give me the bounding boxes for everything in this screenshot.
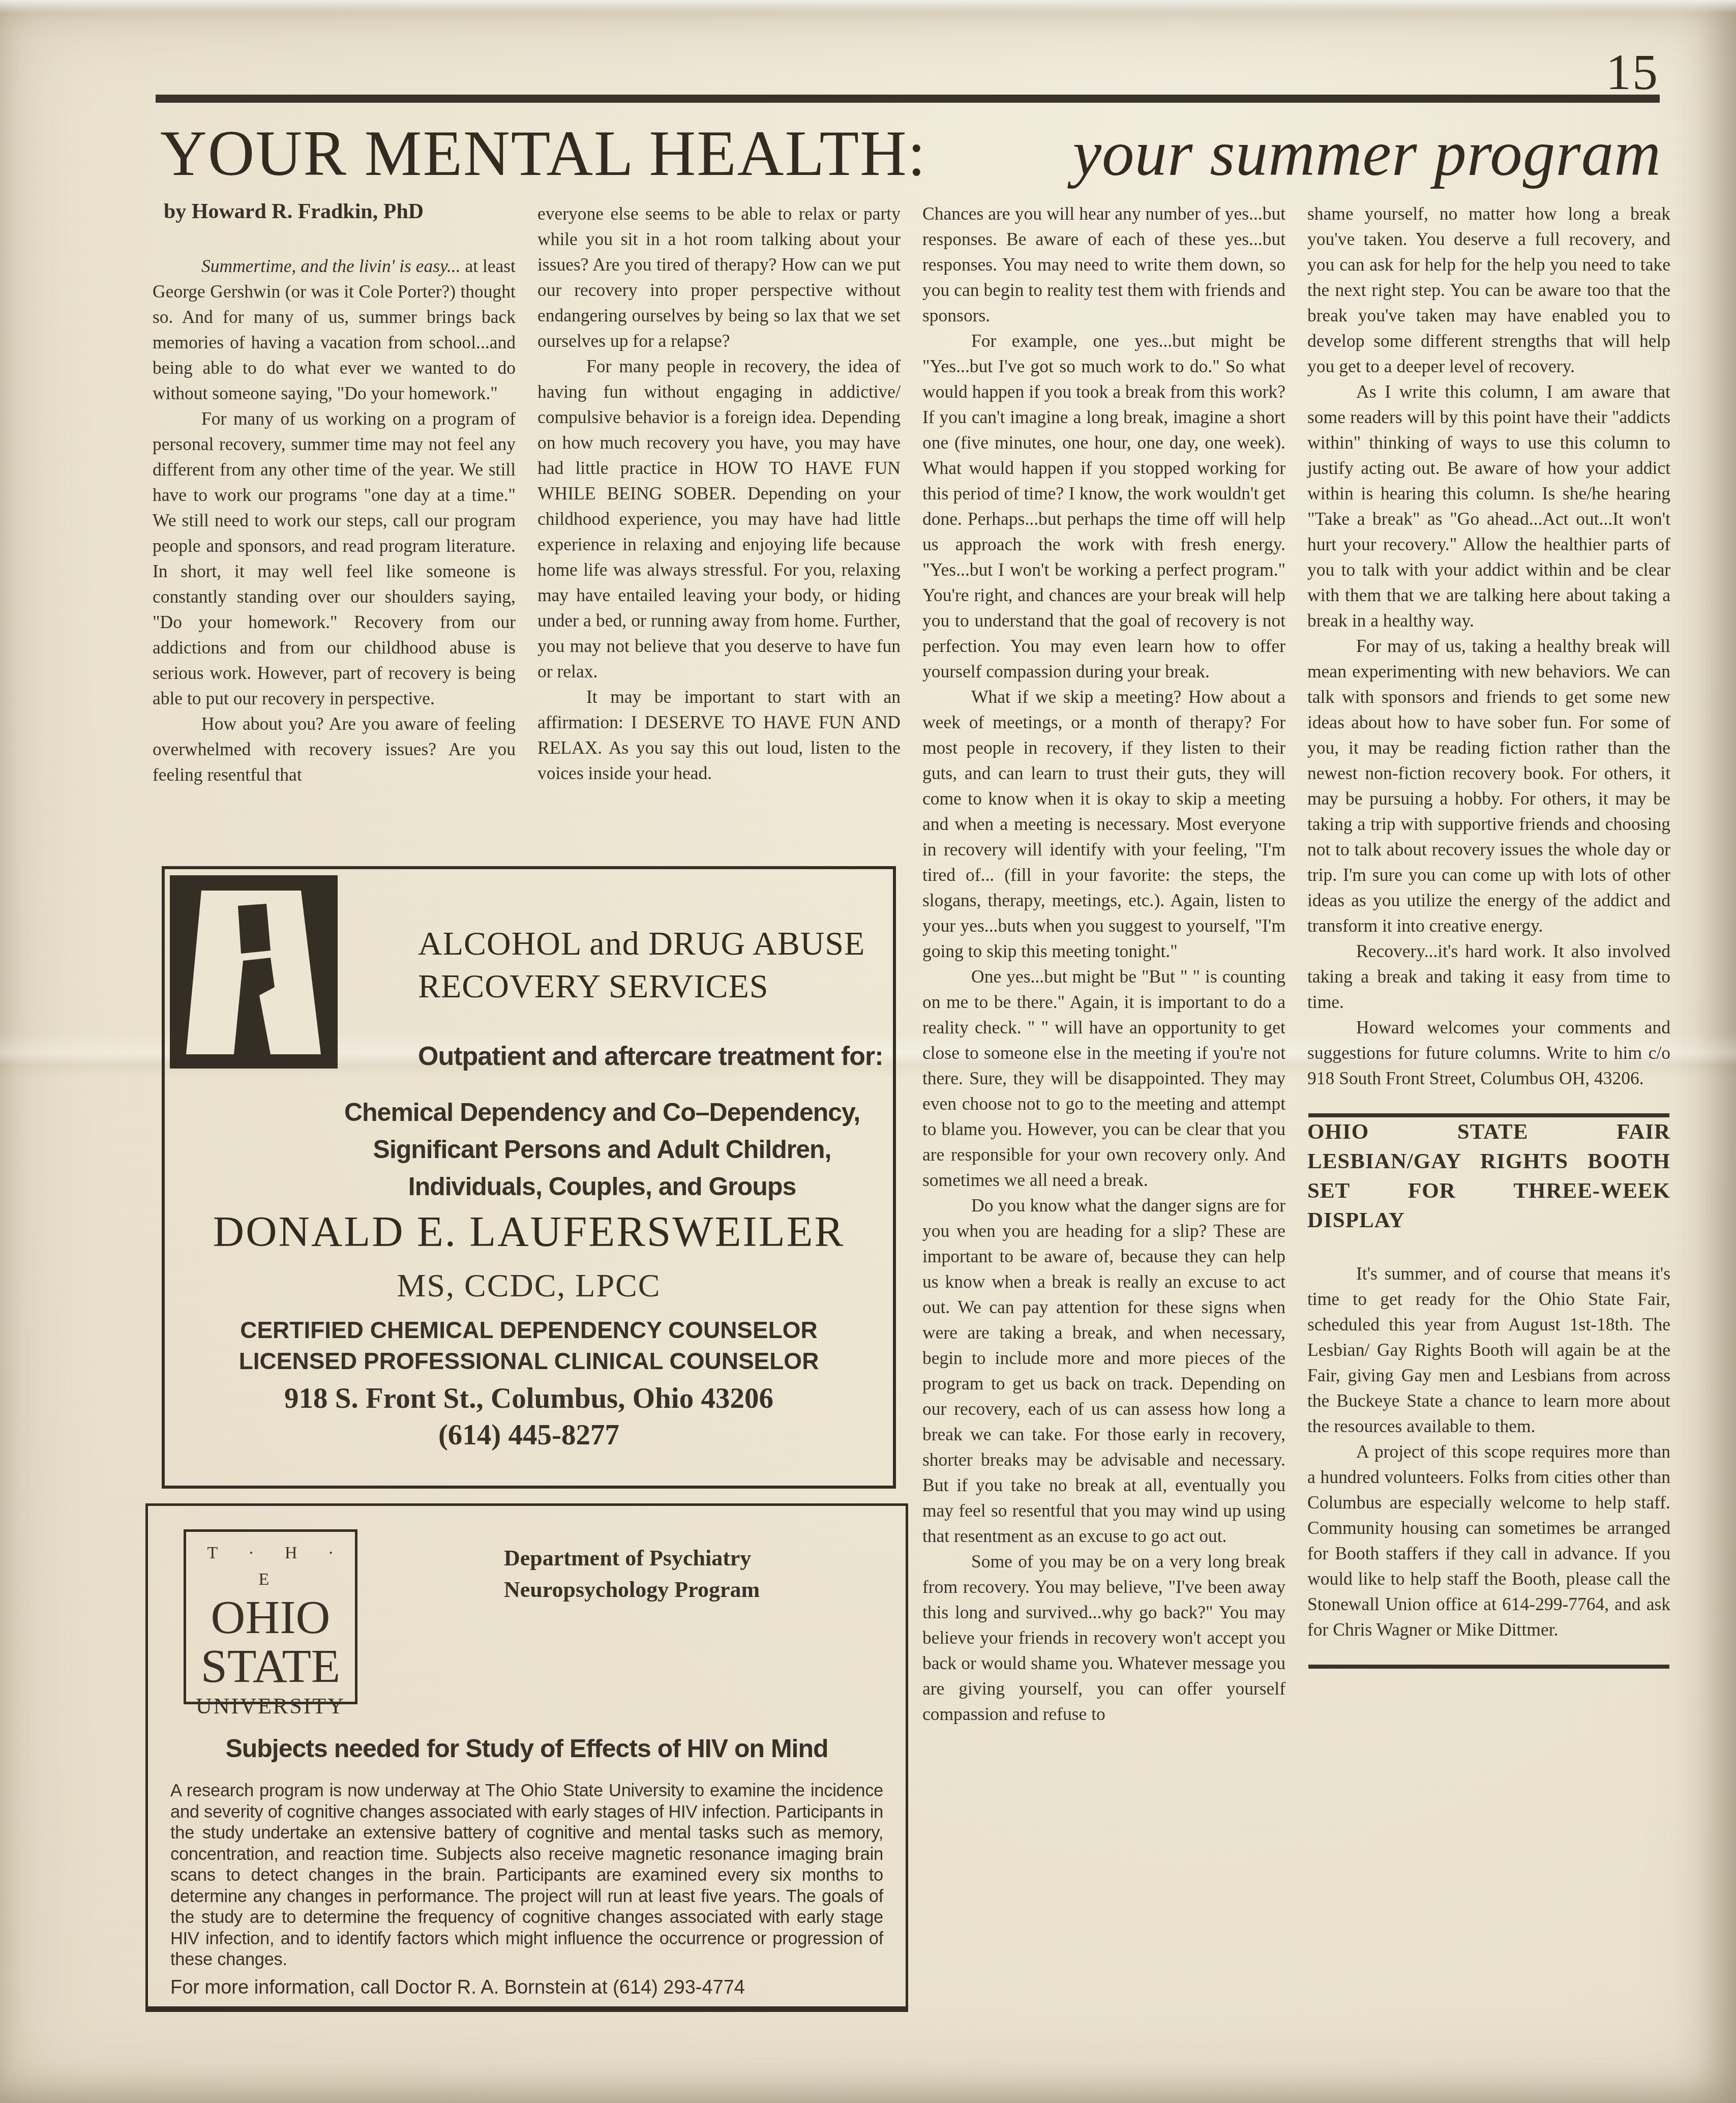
recovery-services-logo-icon bbox=[170, 875, 338, 1069]
ad-service-item: Individuals, Couples, and Groups bbox=[333, 1168, 872, 1205]
byline: by Howard R. Fradkin, PhD bbox=[164, 199, 424, 224]
department-lines: Department of Psychiatry Neuropsychology… bbox=[504, 1543, 760, 1606]
paragraph: One yes...but might be "But " " is count… bbox=[922, 964, 1285, 1193]
counselor-certifications: CERTIFIED CHEMICAL DEPENDENCY COUNSELOR … bbox=[165, 1315, 893, 1377]
study-contact: For more information, call Doctor R. A. … bbox=[170, 1977, 745, 1999]
study-headline: Subjects needed for Study of Effects of … bbox=[148, 1734, 906, 1763]
top-rule bbox=[156, 95, 1660, 103]
paragraph-text: at least George Gershwin (or was it Cole… bbox=[153, 256, 516, 403]
certification-line: LICENSED PROFESSIONAL CLINICAL COUNSELOR bbox=[165, 1346, 893, 1377]
osu-logo-university: UNIVERSITY bbox=[186, 1691, 355, 1722]
headline-roman: YOUR MENTAL HEALTH: bbox=[160, 117, 926, 191]
counselor-name: DONALD E. LAUFERSWEILER bbox=[165, 1207, 893, 1257]
osu-logo-ohio: OHIO bbox=[186, 1593, 355, 1642]
counselor-credentials: MS, CCDC, LPCC bbox=[165, 1267, 893, 1305]
department-line: Department of Psychiatry bbox=[504, 1543, 760, 1574]
paragraph: Chances are you will hear any number of … bbox=[922, 201, 1285, 328]
osu-logo-state: STATE bbox=[186, 1642, 355, 1691]
paragraph: As I write this column, I am aware that … bbox=[1307, 379, 1670, 633]
paragraph: A project of this scope requires more th… bbox=[1307, 1439, 1670, 1642]
ad-subhead: Outpatient and aftercare treatment for: bbox=[418, 1041, 883, 1072]
article-column-4: shame yourself, no matter how long a bre… bbox=[1307, 201, 1670, 1669]
article-column-2: everyone else seems to be able to relax … bbox=[537, 201, 901, 786]
paragraph: everyone else seems to be able to relax … bbox=[537, 201, 901, 353]
paragraph: Recovery...it's hard work. It also invol… bbox=[1307, 938, 1670, 1015]
ad-phone: (614) 445-8277 bbox=[165, 1418, 893, 1452]
page-number: 15 bbox=[1606, 43, 1659, 101]
paragraph: Summertime, and the livin' is easy... at… bbox=[153, 253, 516, 406]
osu-logo: T · H · E OHIO STATE UNIVERSITY bbox=[184, 1529, 357, 1704]
paragraph: For may of us, taking a healthy break wi… bbox=[1307, 633, 1670, 938]
ad-title-line: ALCOHOL and DRUG ABUSE bbox=[418, 923, 865, 965]
section-headline: OHIO STATE FAIR LESBIAN/GAY RIGHTS BOOTH… bbox=[1307, 1117, 1670, 1235]
paragraph: For many people in recovery, the idea of… bbox=[537, 353, 901, 684]
recovery-services-ad: ALCOHOL and DRUG ABUSE RECOVERY SERVICES… bbox=[162, 866, 896, 1489]
ad-service-item: Significant Persons and Adult Children, bbox=[333, 1131, 872, 1168]
ad-title-line: RECOVERY SERVICES bbox=[418, 965, 865, 1008]
department-line: Neuropsychology Program bbox=[504, 1574, 760, 1606]
scan-top-edge bbox=[0, 0, 1736, 13]
paragraph: For many of us working on a program of p… bbox=[153, 406, 516, 711]
paragraph: Do you know what the danger signs are fo… bbox=[922, 1193, 1285, 1549]
osu-logo-the: T · H · E bbox=[186, 1540, 355, 1593]
paragraph: What if we skip a meeting? How about a w… bbox=[922, 684, 1285, 964]
section-divider bbox=[1308, 1113, 1669, 1117]
paragraph: shame yourself, no matter how long a bre… bbox=[1307, 201, 1670, 379]
study-description: A research program is now underway at Th… bbox=[170, 1781, 883, 1971]
paragraph: It's summer, and of course that means it… bbox=[1307, 1261, 1670, 1439]
paragraph: For example, one yes...but might be "Yes… bbox=[922, 328, 1285, 684]
osu-study-ad: T · H · E OHIO STATE UNIVERSITY Departme… bbox=[145, 1503, 908, 2012]
paragraph: It may be important to start with an aff… bbox=[537, 684, 901, 786]
paragraph: Some of you may be on a very long break … bbox=[922, 1549, 1285, 1727]
article-headline: YOUR MENTAL HEALTH: your summer program bbox=[160, 117, 1661, 191]
ad-services-list: Chemical Dependency and Co–Dependency, S… bbox=[333, 1094, 872, 1205]
paragraph: How about you? Are you aware of feeling … bbox=[153, 711, 516, 787]
article-column-1: Summertime, and the livin' is easy... at… bbox=[153, 253, 516, 787]
section-divider bbox=[1308, 1665, 1669, 1669]
ad-service-item: Chemical Dependency and Co–Dependency, bbox=[333, 1094, 872, 1131]
ad-address: 918 S. Front St., Columbus, Ohio 43206 bbox=[165, 1382, 893, 1415]
newspaper-page: 15 YOUR MENTAL HEALTH: your summer progr… bbox=[0, 0, 1736, 2103]
article-column-3: Chances are you will hear any number of … bbox=[922, 201, 1285, 1727]
italic-lead: Summertime, and the livin' is easy... bbox=[201, 256, 461, 276]
ad-title: ALCOHOL and DRUG ABUSE RECOVERY SERVICES bbox=[418, 923, 865, 1008]
headline-italic: your summer program bbox=[1073, 117, 1661, 191]
certification-line: CERTIFIED CHEMICAL DEPENDENCY COUNSELOR bbox=[165, 1315, 893, 1346]
paragraph: Howard welcomes your comments and sugges… bbox=[1307, 1015, 1670, 1091]
